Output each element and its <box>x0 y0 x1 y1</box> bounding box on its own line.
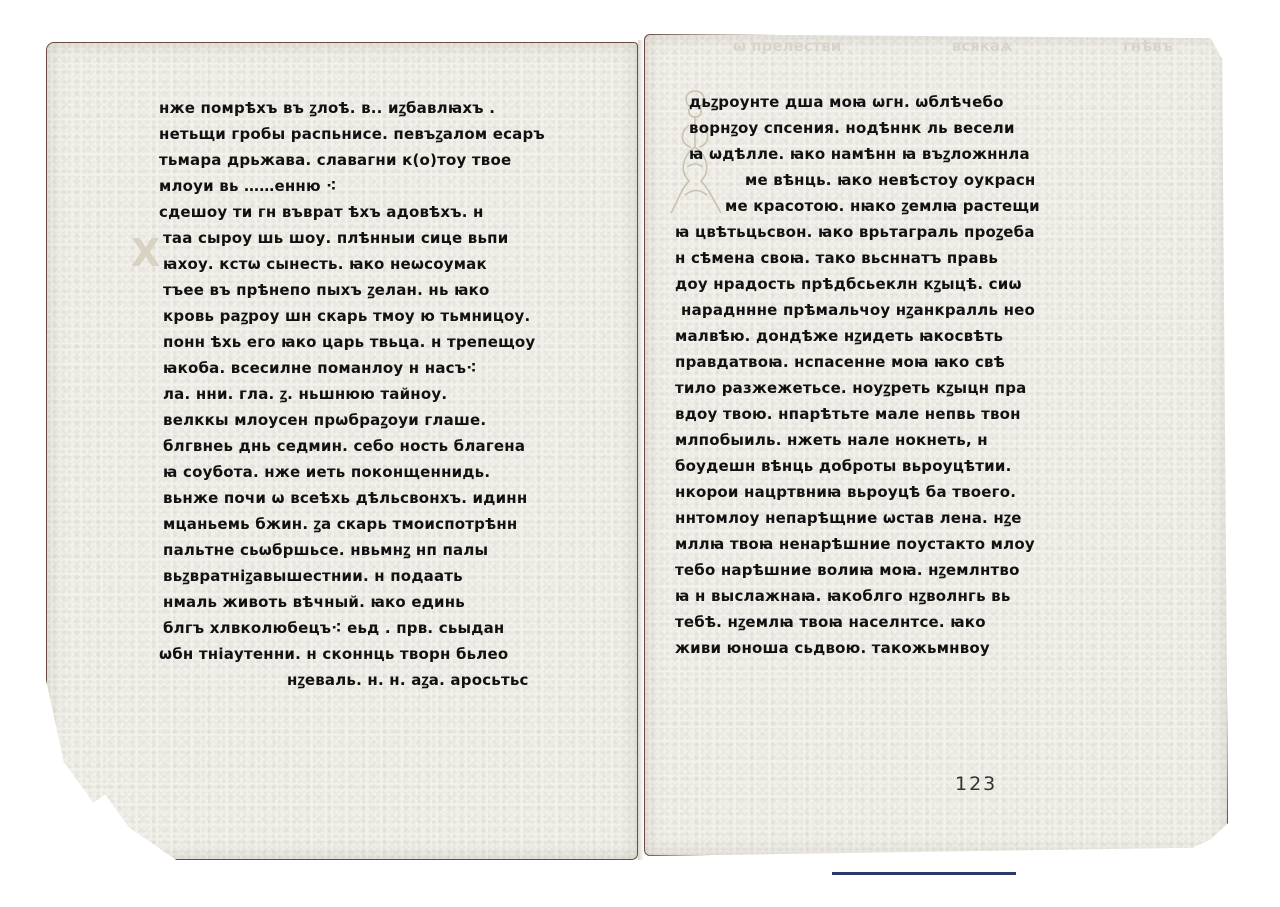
text-line: правдатвоꙗ. нспасенне моꙗ ꙗко свѣ <box>675 353 1005 371</box>
text-line: вдоу твою. нпарѣтьте мале непвь твон <box>675 405 1021 423</box>
text-line: нꙁеваль. н. н. аꙁа. аросьтьс <box>287 671 529 689</box>
text-line: живи юноша сьдвою. такожьмнвоу <box>675 639 990 657</box>
text-line: блгъ хлвколюбецъ⁖ еьд . прв. сьыдан <box>163 619 504 637</box>
text-line: мцаньемь бжин. ꙁа скарь тмоиспотрѣнн <box>163 515 517 533</box>
text-line: ннтомлоу непарѣщние ѡстав лена. нꙁе <box>675 509 1022 527</box>
text-line: мллꙗ твоꙗ ненарѣшние поустакто млоу <box>675 535 1035 553</box>
text-line: боудешн вѣнць доброты вьроуцѣтии. <box>675 457 1011 475</box>
text-line: доу нрадость прѣдбсьеклн кꙁыцѣ. сиѡ <box>675 275 1022 293</box>
text-line: н сѣмена своꙗ. тако вьсннатъ правь <box>675 249 998 267</box>
text-line: тьмара дрьжава. славагни к(о)тоу твое <box>159 151 511 169</box>
text-line: малвѣю. дондѣже нꙁидеть ꙗкосвѣть <box>675 327 1003 345</box>
text-line: тебѣ. нꙁемлꙗ твоꙗ населнтсе. ꙗко <box>675 613 986 631</box>
text-line: тило разжежетьсе. ноуꙁреть кꙁыцн пра <box>675 379 1026 397</box>
right-text-block: дьꙁроунте дша моꙗ ѡгн. ѡблѣчебо ворнꙁоу … <box>645 35 1227 855</box>
text-line: тебо нарѣшние волиꙗ моꙗ. нꙁемлнтво <box>675 561 1020 579</box>
text-line: нетьщи гробы распьнисе. певъꙁалом есаръ <box>159 125 545 143</box>
text-line: млпобыиль. нжеть нале нокнеть, н <box>675 431 988 449</box>
text-line: ме вѣнць. ꙗко невѣстоу оукрасн <box>745 171 1036 189</box>
text-line: ворнꙁоу спсения. нодѣннк ль весели <box>689 119 1015 137</box>
text-line: ꙗ цвѣтьцьсвон. ꙗко врьтаграль проꙁеба <box>675 223 1035 241</box>
text-line: нарадннне прѣмальчоу нꙁанкралль нео <box>681 301 1035 319</box>
text-line: ꙗ соубота. нже иеть поконщеннидь. <box>163 463 490 481</box>
text-line: нмаль животь вѣчный. ꙗко единь <box>163 593 465 611</box>
text-line: дьꙁроунте дша моꙗ ѡгн. ѡблѣчебо <box>689 93 1004 111</box>
text-line: нкорои нацртвниꙗ вьроуцѣ ба твоего. <box>675 483 1016 501</box>
left-page: Х нже помрѣхъ въ ꙁлоѣ. в.. иꙁбавлꙗхъ . н… <box>46 42 638 860</box>
text-line: понн ѣхь его ꙗко царь твьца. н трепещоу <box>163 333 535 351</box>
text-line: сдешоу ти гн въврат ѣхъ адовѣхъ. н <box>159 203 484 221</box>
book-gutter <box>638 40 644 860</box>
right-page: ѡ прелестви всякаѧ гнѣвъ дьꙁроунте дша м… <box>644 34 1228 856</box>
text-line: ꙗ ѡдѣлле. ꙗко намѣнн ꙗ въꙁложннла <box>689 145 1030 163</box>
text-line: блгвнеь днь седмин. себо ность благена <box>163 437 525 455</box>
binding-strip <box>832 872 1016 875</box>
text-line: кровь раꙁроу шн скарь тмоу ю тьмницоу. <box>163 307 530 325</box>
folio-number: 123 <box>955 773 997 795</box>
text-line: ꙗхоу. кстѡ сынесть. ꙗко неѡсоумак <box>163 255 487 273</box>
text-line: велккы млоусен прѡбраꙁоуи глаше. <box>163 411 486 429</box>
manuscript-spread: Х нже помрѣхъ въ ꙁлоѣ. в.. иꙁбавлꙗхъ . н… <box>0 0 1280 907</box>
text-line: вьнже почи ѡ всеѣхь дѣльсвонхъ. идинн <box>163 489 527 507</box>
text-line: млоуи вь ……енню ⁖ <box>159 177 337 195</box>
text-line: тъее въ прѣнепо пыхъ ꙁелан. нь ꙗко <box>163 281 490 299</box>
text-line: вьꙁвратнiꙁавышестнии. н подаать <box>163 567 463 585</box>
text-line: пальтне сьѡбршьсе. нвьмнꙁ нп палы <box>163 541 488 559</box>
text-line: ме красотою. нꙗко ꙁемлꙗ растещи <box>725 197 1040 215</box>
text-line: таа сыроу шь шоу. плѣнныи сице вьпи <box>163 229 508 247</box>
left-text-block: нже помрѣхъ въ ꙁлоѣ. в.. иꙁбавлꙗхъ . нет… <box>47 43 637 859</box>
text-line: ѡбн тнiаутенни. н сконнць творн бьлео <box>159 645 508 663</box>
text-line: ꙗ н выслажнаꙗ. ꙗкоблго нꙁволнгь вь <box>675 587 1011 605</box>
text-line: ꙗкоба. всесилне поманлоу н насъ⁖ <box>163 359 477 377</box>
text-line: нже помрѣхъ въ ꙁлоѣ. в.. иꙁбавлꙗхъ . <box>159 99 495 117</box>
text-line: ла. нни. гла. ꙁ. ньшнюю тайноу. <box>163 385 447 403</box>
